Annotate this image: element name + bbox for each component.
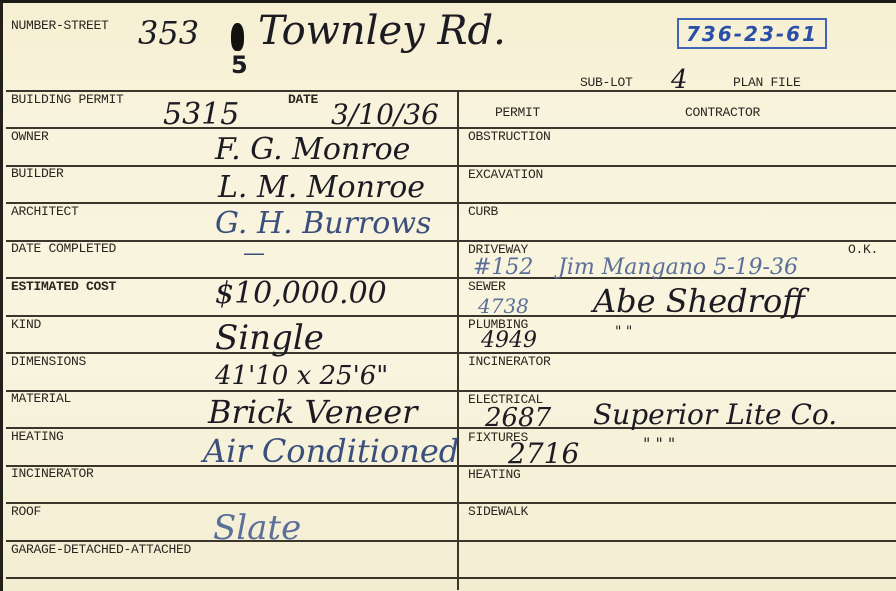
heating-label: HEATING — [11, 430, 64, 443]
rule-line — [6, 90, 896, 92]
kind-label: KIND — [11, 318, 41, 331]
rule-line — [6, 502, 896, 504]
driveway-permit: #152 — [473, 257, 533, 279]
sewer-permit: 4738 — [478, 296, 529, 316]
dimensions-value: 41'10 x 25'6" — [215, 363, 388, 389]
rule-line — [6, 127, 896, 129]
material-value: Brick Veneer — [208, 396, 417, 428]
plan-file-label: PLAN FILE — [733, 76, 801, 89]
roof-value: Slate — [213, 511, 301, 545]
contractor-column-header: CONTRACTOR — [685, 106, 760, 119]
number-street-label: NUMBER-STREET — [11, 19, 109, 32]
ink-blot — [231, 23, 244, 51]
rule-line — [6, 202, 896, 204]
building-permit-value: 5315 — [163, 100, 239, 130]
builder-value: L. M. Monroe — [218, 173, 425, 203]
owner-label: OWNER — [11, 130, 49, 143]
sewer-contractor: Abe Shedroff — [593, 285, 805, 317]
fixtures-permit: 2716 — [508, 440, 579, 468]
permit-record-card: NUMBER-STREET 353 5 Townley Rd. 736-23-6… — [0, 0, 896, 591]
heating-value: Air Conditioned — [203, 435, 459, 467]
architect-label: ARCHITECT — [11, 205, 79, 218]
street-name-value: Townley Rd. — [258, 11, 506, 51]
roof-label: ROOF — [11, 505, 41, 518]
incinerator-permit-label: INCINERATOR — [468, 355, 551, 368]
heating-permit-label: HEATING — [468, 468, 521, 481]
date-label: DATE — [288, 93, 318, 106]
sub-lot-label: SUB-LOT — [580, 76, 633, 89]
driveway-note: O.K. — [848, 243, 878, 256]
fixtures-contractor: " " " — [643, 436, 675, 452]
rule-line — [6, 352, 896, 354]
rule-line — [6, 240, 896, 242]
excavation-label: EXCAVATION — [468, 168, 543, 181]
curb-label: CURB — [468, 205, 498, 218]
obstruction-label: OBSTRUCTION — [468, 130, 551, 143]
estimated-cost-label: ESTIMATED COST — [11, 280, 116, 293]
driveway-contractor: Jim Mangano 5-19-36 — [558, 257, 798, 279]
garage-label: GARAGE-DETACHED-ATTACHED — [11, 543, 191, 556]
electrical-permit: 2687 — [485, 405, 551, 431]
material-label: MATERIAL — [11, 392, 71, 405]
building-permit-label: BUILDING PERMIT — [11, 93, 124, 106]
electrical-contractor: Superior Lite Co. — [593, 401, 837, 429]
rule-line — [6, 577, 896, 579]
permit-column-header: PERMIT — [495, 106, 540, 119]
architect-value: G. H. Burrows — [215, 209, 431, 239]
date-value: 3/10/36 — [331, 101, 439, 129]
correction-digit: 5 — [231, 53, 248, 77]
column-divider — [457, 90, 459, 590]
file-number-stamp: 736-23-61 — [677, 18, 827, 49]
rule-line — [6, 165, 896, 167]
date-completed-label: DATE COMPLETED — [11, 242, 116, 255]
incinerator-label: INCINERATOR — [11, 467, 94, 480]
street-number-value: 353 — [138, 17, 199, 49]
estimated-cost-value: $10,000.00 — [215, 279, 387, 309]
kind-value: Single — [215, 321, 324, 355]
rule-line — [6, 390, 896, 392]
builder-label: BUILDER — [11, 167, 64, 180]
plumbing-contractor: " " — [615, 325, 632, 339]
sewer-label: SEWER — [468, 280, 506, 293]
sidewalk-label: SIDEWALK — [468, 505, 528, 518]
plumbing-permit: 4949 — [481, 330, 537, 352]
date-completed-value: — — [243, 243, 265, 265]
dimensions-label: DIMENSIONS — [11, 355, 86, 368]
owner-value: F. G. Monroe — [215, 135, 410, 165]
